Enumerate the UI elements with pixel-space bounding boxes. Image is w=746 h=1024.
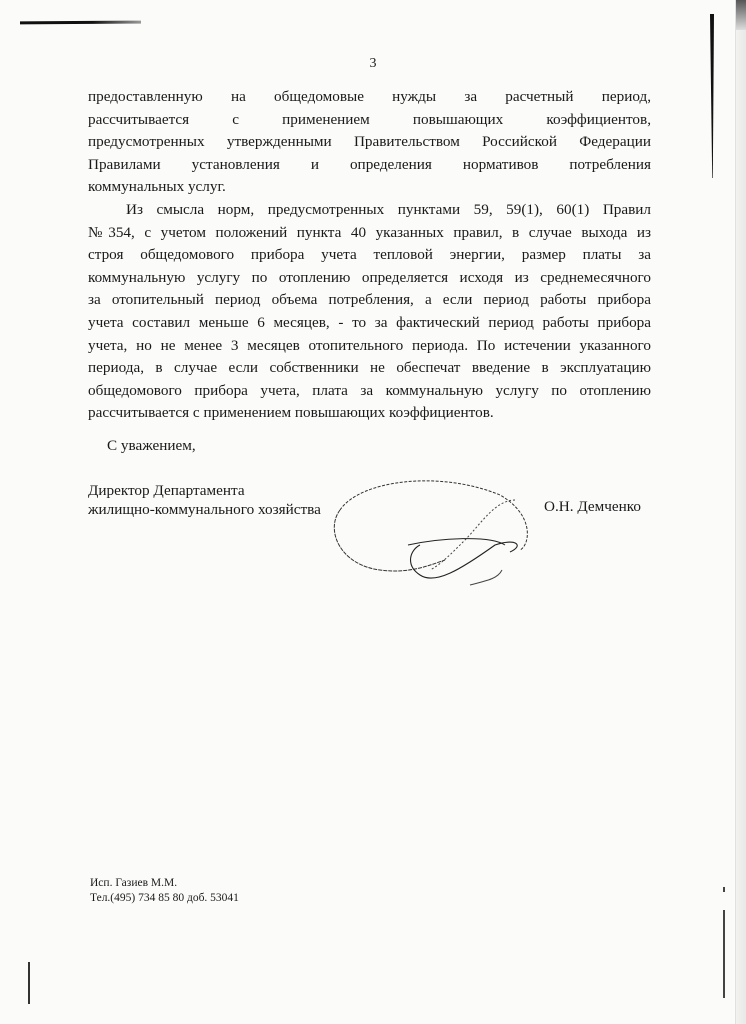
- scan-mark-top-left: [20, 21, 141, 25]
- text-line: общедомового прибора учета, плата за ком…: [88, 380, 651, 403]
- text-line: периода, в случае если собственники не о…: [88, 357, 651, 380]
- signatory-name: О.Н. Демченко: [544, 498, 641, 516]
- page-edge-shadow: [735, 0, 746, 1024]
- scan-mark-right-top: [710, 14, 714, 178]
- scanned-letter-page: 3 предоставленную на общедомовые нужды з…: [0, 0, 746, 1024]
- executor-phone: Тел.(495) 734 85 80 доб. 53041: [90, 891, 239, 906]
- signatory-title-line2: жилищно-коммунального хозяйства: [88, 500, 321, 519]
- text-line: коммунальных услуг.: [88, 176, 651, 199]
- executor-info: Исп. Газиев М.М. Тел.(495) 734 85 80 доб…: [90, 876, 239, 906]
- text-line: предоставленную на общедомовые нужды за …: [88, 86, 651, 109]
- page-number: 3: [0, 56, 746, 72]
- paragraph-2: Из смысла норм, предусмотренных пунктами…: [88, 199, 651, 425]
- text-line: учета составил меньше 6 месяцев, - то за…: [88, 312, 651, 335]
- scan-mark-bottom-left: [28, 962, 30, 1004]
- text-line: коммунальную услугу по отоплению определ…: [88, 267, 651, 290]
- text-line: учета, но не менее 3 месяцев отопительно…: [88, 335, 651, 358]
- signatory-title-line1: Директор Департамента: [88, 481, 321, 500]
- text-line: за отопительный период объема потреблени…: [88, 289, 651, 312]
- page-corner-shadow: [736, 0, 746, 30]
- text-line: предусмотренных утвержденными Правительс…: [88, 131, 651, 154]
- text-line: Из смысла норм, предусмотренных пунктами…: [88, 199, 651, 222]
- text-line: строя общедомового прибора учета теплово…: [88, 244, 651, 267]
- text-line: Правилами установления и определения нор…: [88, 154, 651, 177]
- signatory-title: Директор Департамента жилищно-коммунальн…: [88, 481, 321, 519]
- handwritten-signature-icon: [320, 470, 530, 600]
- paragraph-1: предоставленную на общедомовые нужды за …: [88, 86, 651, 199]
- text-line: рассчитывается с применением повышающих …: [88, 109, 651, 132]
- scan-mark-right-dot: [723, 887, 725, 892]
- executor-name: Исп. Газиев М.М.: [90, 876, 239, 891]
- text-line: №354, с учетом положений пункта 40 указа…: [88, 222, 651, 245]
- text-line: рассчитывается с применением повышающих …: [88, 402, 651, 425]
- scan-mark-right-bottom: [723, 910, 725, 998]
- closing-salutation: С уважением,: [107, 437, 196, 455]
